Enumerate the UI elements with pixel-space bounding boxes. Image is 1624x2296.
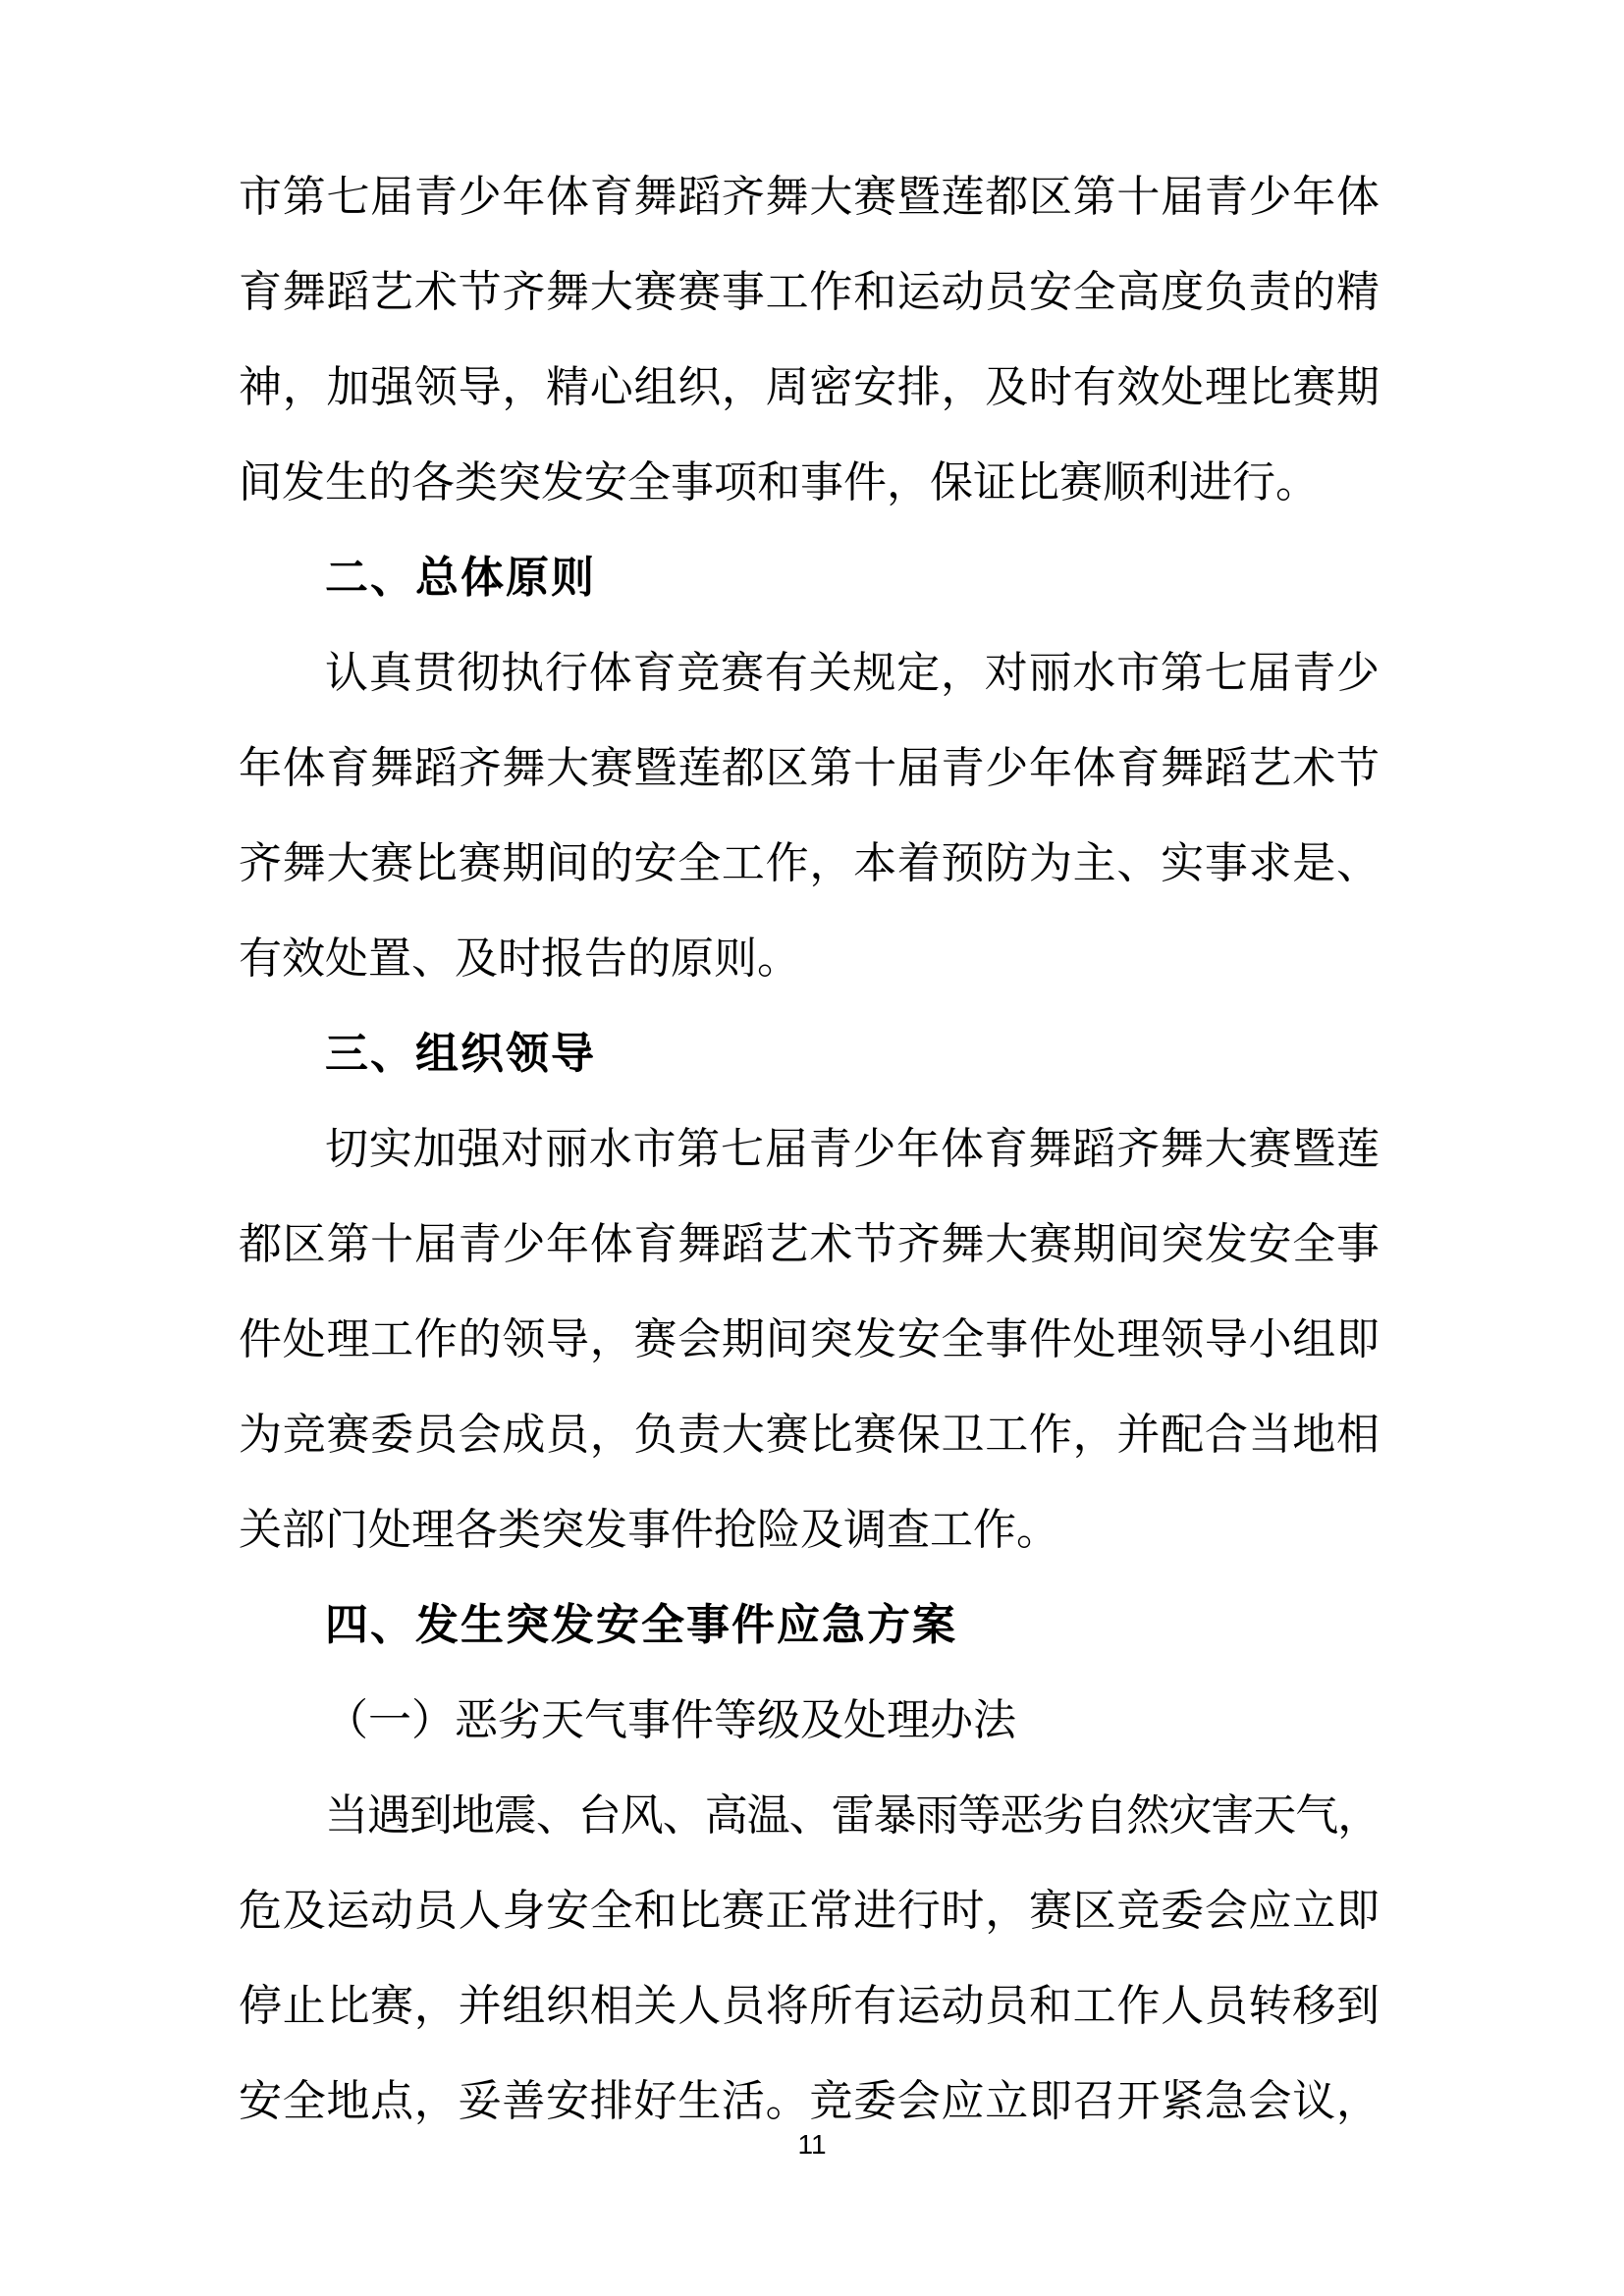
- section-heading: 三、组织领导: [239, 1006, 1380, 1101]
- text-line: 停止比赛，并组织相关人员将所有运动员和工作人员转移到: [239, 1958, 1380, 2054]
- sub-heading: （一）恶劣天气事件等级及处理办法: [239, 1673, 1380, 1768]
- text-line: 齐舞大赛比赛期间的安全工作，本着预防为主、实事求是、: [239, 816, 1380, 911]
- text-line: 认真贯彻执行体育竞赛有关规定，对丽水市第七届青少: [239, 625, 1380, 721]
- text-line: 为竞赛委员会成员，负责大赛比赛保卫工作，并配合当地相: [239, 1387, 1380, 1482]
- text-line: 市第七届青少年体育舞蹈齐舞大赛暨莲都区第十届青少年体: [239, 149, 1380, 244]
- document-page: 市第七届青少年体育舞蹈齐舞大赛暨莲都区第十届青少年体 育舞蹈艺术节齐舞大赛赛事工…: [0, 0, 1624, 2296]
- text-line: 切实加强对丽水市第七届青少年体育舞蹈齐舞大赛暨莲: [239, 1101, 1380, 1197]
- text-line: 件处理工作的领导，赛会期间突发安全事件处理领导小组即: [239, 1292, 1380, 1387]
- section-heading: 四、发生突发安全事件应急方案: [239, 1577, 1380, 1673]
- text-line: 都区第十届青少年体育舞蹈艺术节齐舞大赛期间突发安全事: [239, 1197, 1380, 1292]
- text-line: 关部门处理各类突发事件抢险及调查工作。: [239, 1482, 1380, 1577]
- page-number: 11: [0, 2128, 1624, 2162]
- text-line: 危及运动员人身安全和比赛正常进行时，赛区竞委会应立即: [239, 1863, 1380, 1958]
- text-line: 年体育舞蹈齐舞大赛暨莲都区第十届青少年体育舞蹈艺术节: [239, 721, 1380, 816]
- text-line: 有效处置、及时报告的原则。: [239, 911, 1380, 1006]
- text-line: 当遇到地震、台风、高温、雷暴雨等恶劣自然灾害天气，: [239, 1768, 1380, 1863]
- text-line: 神，加强领导，精心组织，周密安排，及时有效处理比赛期: [239, 340, 1380, 435]
- text-line: 育舞蹈艺术节齐舞大赛赛事工作和运动员安全高度负责的精: [239, 244, 1380, 340]
- text-line: 间发生的各类突发安全事项和事件，保证比赛顺利进行。: [239, 435, 1380, 530]
- section-heading: 二、总体原则: [239, 530, 1380, 625]
- document-text-block: 市第七届青少年体育舞蹈齐舞大赛暨莲都区第十届青少年体 育舞蹈艺术节齐舞大赛赛事工…: [239, 149, 1380, 2149]
